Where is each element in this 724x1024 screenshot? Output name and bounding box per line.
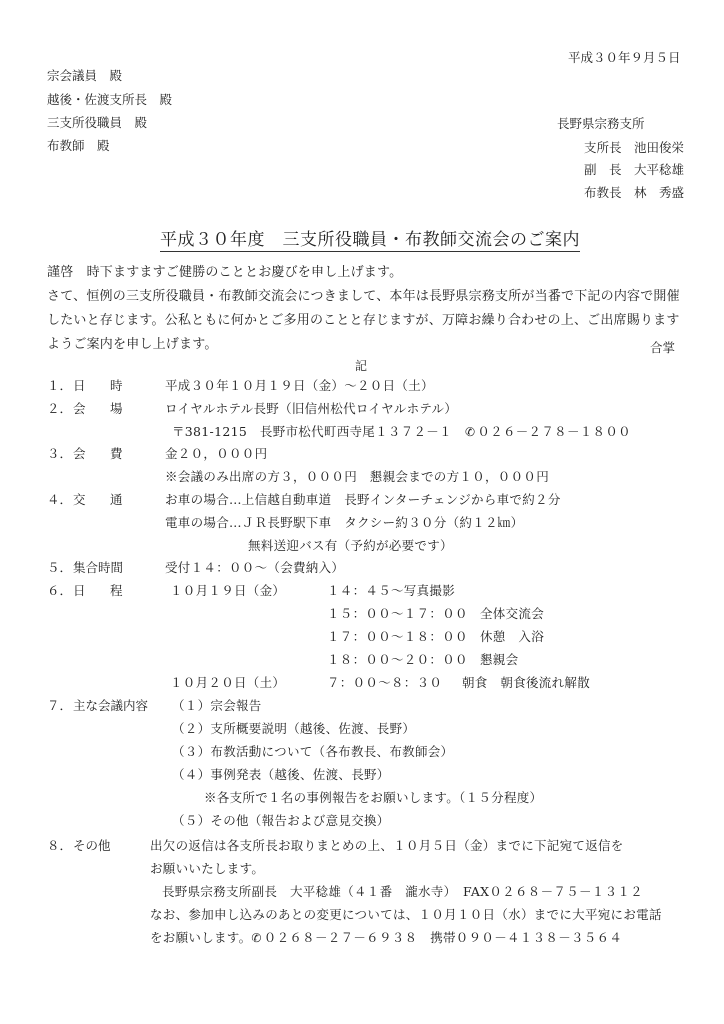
gather-time: 受付１４：００～（会費納入） (165, 562, 344, 575)
item-number: ６． (47, 585, 72, 598)
body-paragraph: さて、恒例の三支所役職員・布教師交流会につきまして、本年は長野県宗務支所が当番で… (47, 290, 680, 303)
document-title: 平成３０年度 三支所役職員・布教師交流会のご案内 (160, 232, 580, 252)
agenda-item: （４）事例発表（越後、佐渡、長野） (172, 769, 390, 782)
item-label: 場 (110, 403, 123, 416)
body-paragraph: したいと存じます。公私ともに何かとご多用のことと存じますが、万障お繰り合わせの上… (47, 314, 680, 327)
item-label: 主な会議内容 (73, 700, 148, 713)
other-line: お願いいたします。 (150, 863, 264, 876)
addressee: 布教師 殿 (47, 140, 110, 153)
agenda-item: （２）支所概要説明（越後、佐渡、長野） (172, 723, 415, 736)
venue-phone-number: ０２６－２７８－１８００ (477, 424, 631, 439)
schedule-time: ７：００～８：３０ (327, 677, 442, 690)
item-number: ５． (47, 562, 72, 575)
item-number: ３． (47, 448, 72, 461)
sender-name: 池田俊栄 (634, 142, 684, 155)
sender-name: 大平稔雄 (634, 164, 684, 177)
schedule-time: １８：００～２０：００ (327, 654, 468, 667)
schedule-event: 休憩 入浴 (480, 631, 544, 644)
contact-line: 長野県宗務支所副長 大平稔雄（４１番 瀧水寺） FAX０２６８－７５－１３１２ (162, 886, 643, 899)
transport-car: お車の場合…上信越自動車道 長野インターチェンジから車で約２分 (165, 494, 561, 507)
item-number: ２． (47, 403, 72, 416)
contact-phone: ０２６８－２７－６９３８ (264, 930, 418, 945)
item-number: ７． (47, 700, 72, 713)
agenda-note: ※各支所で１名の事例報告をお願いします。（１５分程度） (204, 792, 542, 805)
ki-heading: 記 (355, 360, 367, 372)
other-line: なお、参加申し込みのあとの変更については、１０月１０日（水）までに大平宛にお電話 (150, 909, 662, 922)
schedule-event: 懇親会 (480, 654, 518, 667)
agenda-item: （５）その他（報告および意見交換） (172, 815, 390, 828)
sender-role: 布教長 (584, 187, 622, 200)
sender-name: 林 秀盛 (634, 187, 684, 200)
venue-phone: ✆０２６－２７８－１８００ (465, 426, 631, 439)
schedule-day: １０月２０日（土） (170, 677, 285, 690)
item-label: 費 (110, 448, 123, 461)
schedule-event: 全体交流会 (480, 608, 544, 621)
fee-amount: 金２０，０００円 (165, 448, 267, 461)
body-paragraph: 謹啓 時下ますますご健勝のこととお慶びを申し上げます。 (47, 266, 402, 279)
item-number: １． (47, 380, 72, 393)
schedule-day: １０月１９日（金） (170, 585, 285, 598)
other-line: 出欠の返信は各支所長お取りまとめの上、１０月５日（金）までに下記宛て返信を (150, 840, 624, 853)
item-label: 会 (73, 448, 86, 461)
item-label: 交 (73, 494, 86, 507)
venue-address: 〒381-1215 長野市松代町西寺尾１３７２－１ (172, 426, 452, 439)
contact-mobile: 携帯０９０－４１３８－３５６４ (430, 930, 622, 945)
addressee: 越後・佐渡支所長 殿 (47, 94, 172, 107)
item-number: ８． (47, 840, 72, 853)
closing: 合掌 (650, 342, 675, 355)
item-label: 会 (73, 403, 86, 416)
body-paragraph: ようご案内を申し上げます。 (47, 338, 218, 351)
phone-icon: ✆ (465, 426, 475, 438)
schedule-time: １４：４５～写真撮影 (327, 585, 455, 598)
fee-note: ※会議のみ出席の方３，０００円 懇親会までの方１０，０００円 (165, 471, 549, 484)
item-label: 日 (73, 585, 86, 598)
agenda-item: （３）布教活動について（各布教長、布教師会） (172, 746, 453, 759)
phone-icon: ✆ (251, 932, 261, 944)
venue-name: ロイヤルホテル長野（旧信州松代ロイヤルホテル） (165, 403, 457, 416)
document-date: 平成３０年９月５日 (568, 52, 681, 65)
event-date: 平成３０年１０月１９日（金）～２０日（土） (165, 380, 434, 393)
sender-org: 長野県宗務支所 (557, 118, 645, 131)
transport-bus: 無料送迎バス有（予約が必要です） (248, 540, 453, 553)
item-label: 集合時間 (73, 562, 123, 575)
item-label: 程 (110, 585, 123, 598)
item-number: ４． (47, 494, 72, 507)
transport-train: 電車の場合…ＪＲ長野駅下車 タクシー約３０分（約１２㎞） (165, 517, 523, 530)
schedule-time: １５：００～１７：００ (327, 608, 468, 621)
addressee: 宗会議員 殿 (47, 70, 122, 83)
item-label: その他 (73, 840, 111, 853)
sender-role: 支所長 (584, 142, 622, 155)
schedule-time: １７：００～１８：００ (327, 631, 468, 644)
item-label: 日 (73, 380, 86, 393)
schedule-event: 朝食 朝食後流れ解散 (462, 677, 590, 690)
sender-role: 副 長 (584, 164, 622, 177)
agenda-item: （１）宗会報告 (172, 700, 262, 713)
item-label: 通 (110, 494, 123, 507)
item-label: 時 (110, 380, 123, 393)
other-line-with-phone: をお願いします。✆０２６８－２７－６９３８ 携帯０９０－４１３８－３５６４ (150, 932, 622, 945)
other-line-text: をお願いします。 (150, 930, 251, 945)
addressee: 三支所役職員 殿 (47, 117, 147, 130)
